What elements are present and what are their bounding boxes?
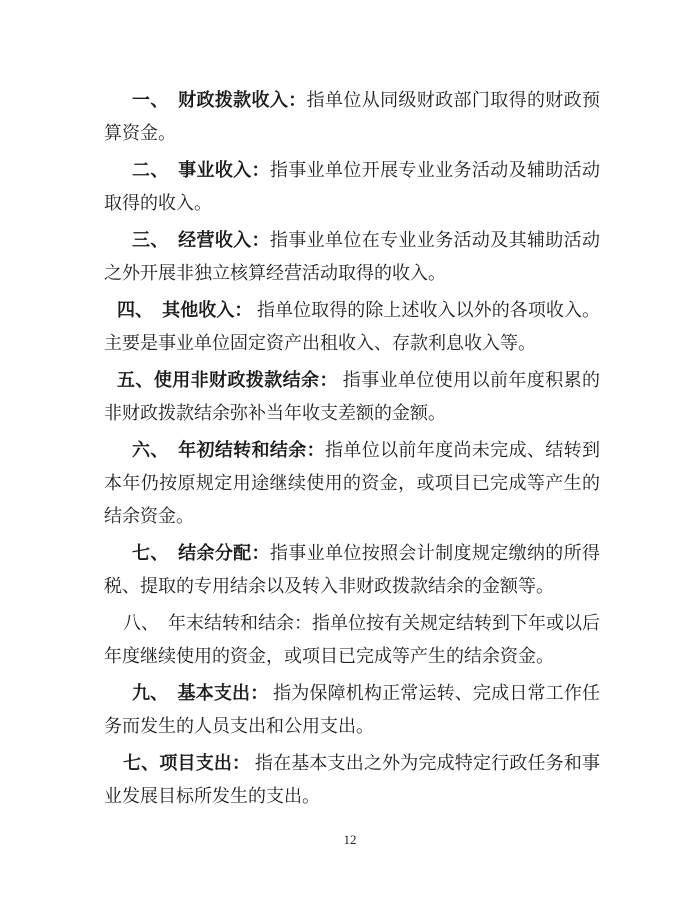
item-number: 七、 — [123, 753, 159, 773]
item-term: 使用非财政拨款结余： — [154, 370, 338, 390]
item-heading: 八、 年末结转和结余： — [123, 613, 312, 633]
item-heading: 七、 结余分配： — [132, 543, 270, 563]
item-number: 七、 — [132, 543, 178, 563]
item-number: 五、 — [117, 370, 154, 390]
item-number: 九、 — [132, 683, 178, 703]
item-term: 年初结转和结余： — [178, 440, 325, 460]
definition-item: 三、 经营收入：指事业单位在专业业务活动及其辅助活动之外开展非独立核算经营活动取… — [104, 224, 600, 290]
item-term: 结余分配： — [178, 543, 270, 563]
definitions-list: 一、 财政拨款收入：指单位从同级财政部门取得的财政预算资金。 二、 事业收入：指… — [104, 84, 600, 817]
item-term: 基本支出： — [178, 683, 269, 703]
item-number: 一、 — [132, 90, 178, 110]
definition-item: 七、 结余分配：指事业单位按照会计制度规定缴纳的所得税、提取的专用结余以及转入非… — [104, 537, 600, 603]
item-term: 经营收入： — [178, 230, 270, 250]
item-heading: 三、 经营收入： — [132, 230, 270, 250]
item-number: 四、 — [117, 300, 162, 320]
definition-item: 一、 财政拨款收入：指单位从同级财政部门取得的财政预算资金。 — [104, 84, 600, 150]
item-heading: 一、 财政拨款收入： — [132, 90, 307, 110]
item-term: 年末结转和结余： — [168, 613, 312, 633]
item-term: 财政拨款收入： — [178, 90, 307, 110]
definition-item: 六、 年初结转和结余：指单位以前年度尚未完成、结转到本年仍按原规定用途继续使用的… — [104, 434, 600, 533]
definition-item: 四、 其他收入： 指单位取得的除上述收入以外的各项收入。主要是事业单位固定资产出… — [104, 294, 600, 360]
item-number: 八、 — [123, 613, 168, 633]
item-term: 事业收入： — [178, 160, 270, 180]
item-number: 三、 — [132, 230, 178, 250]
item-term: 项目支出： — [159, 753, 250, 773]
page-number: 12 — [0, 832, 700, 848]
item-heading: 七、项目支出： — [123, 753, 250, 773]
definition-item: 五、使用非财政拨款结余： 指事业单位使用以前年度积累的非财政拨款结余弥补当年收支… — [104, 364, 600, 430]
item-heading: 二、 事业收入： — [132, 160, 270, 180]
definition-item: 九、 基本支出： 指为保障机构正常运转、完成日常工作任务而发生的人员支出和公用支… — [104, 677, 600, 743]
item-heading: 九、 基本支出： — [132, 683, 268, 703]
item-number: 二、 — [132, 160, 178, 180]
definition-item: 七、项目支出： 指在基本支出之外为完成特定行政任务和事业发展目标所发生的支出。 — [104, 747, 600, 813]
definition-item: 八、 年末结转和结余：指单位按有关规定结转到下年或以后年度继续使用的资金，或项目… — [104, 607, 600, 673]
definition-item: 二、 事业收入：指事业单位开展专业业务活动及辅助活动取得的收入。 — [104, 154, 600, 220]
item-number: 六、 — [132, 440, 178, 460]
item-heading: 四、 其他收入： — [117, 300, 252, 320]
item-term: 其他收入： — [162, 300, 252, 320]
document-page: 一、 财政拨款收入：指单位从同级财政部门取得的财政预算资金。 二、 事业收入：指… — [0, 0, 700, 906]
item-heading: 六、 年初结转和结余： — [132, 440, 325, 460]
item-heading: 五、使用非财政拨款结余： — [117, 370, 338, 390]
